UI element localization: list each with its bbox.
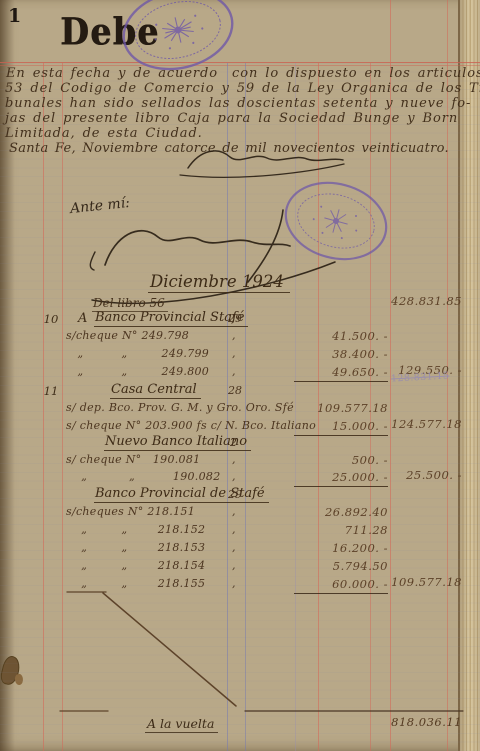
ledger-line-desc: s/ dep. Bco. Prov. G. M. y Gro. Oro. Sfé: [66, 401, 294, 414]
ledger-line-folio: ,: [232, 453, 236, 466]
folio-number: 29: [228, 488, 242, 501]
legalization-line: bunales han sido sellados las doscientas…: [5, 96, 471, 111]
ledger-line-amount: 38.400. -: [294, 347, 388, 361]
account-name: Banco Provincial de Stafé: [94, 486, 269, 503]
opening-balance-amount: 428.831.85: [386, 294, 462, 308]
ledger-line-folio: ,: [232, 559, 236, 572]
legalization-line: jas del presente libro Caja para la Soci…: [5, 111, 458, 126]
ledger-line-desc: „ „ 218.154: [66, 559, 205, 572]
page-number: 1: [8, 5, 21, 27]
folio-number: 28: [228, 384, 242, 397]
ledger-line-folio: ,: [232, 365, 236, 378]
paper-fragment: [14, 673, 24, 685]
legalization-line: 53 del Codigo de Comercio y 59 de la Ley…: [5, 81, 480, 96]
carry-forward-label: A la vuelta: [145, 716, 218, 733]
account-name: Casa Central: [110, 382, 201, 399]
folio-number: 2: [230, 436, 237, 449]
ledger-line-desc: „ „ 249.800: [66, 365, 209, 378]
legalization-line: Limitada, de esta Ciudad.: [5, 126, 203, 141]
ledger-line-desc: „ „ 249.799: [66, 347, 209, 360]
entry-day: 10: [40, 312, 62, 326]
ledger-line-desc: s/cheque N° 249.798: [66, 329, 189, 342]
ledger-line-folio: ,: [232, 470, 236, 483]
ledger-line-amount: 25.000. -: [294, 470, 388, 487]
oval-notarial-stamp-icon: [118, 0, 238, 74]
account-name: Banco Provincial Stafé: [94, 310, 248, 327]
ledger-line-amount: 5.794.50: [294, 559, 388, 573]
ledger-line-desc: s/cheques N° 218.151: [66, 505, 195, 518]
ledger-line-amount: 500. -: [294, 453, 388, 467]
crossed-out-figure: 128.831.15: [391, 370, 450, 384]
ruled-line: [43, 63, 44, 751]
ledger-line-amount: 16.200. -: [294, 541, 388, 555]
account-name: Nuevo Banco Italiano: [104, 434, 251, 451]
ledger-line-desc: „ „ 190.082: [66, 470, 221, 483]
legalization-line: En esta fecha y de acuerdo con lo dispue…: [6, 66, 480, 81]
ledger-line-amount: 26.892.40: [294, 505, 388, 519]
ledger-line-desc: „ „ 218.153: [66, 541, 205, 554]
entry-day: 11: [40, 384, 62, 398]
folio-number: 29: [228, 312, 242, 325]
ledger-line-folio: ,: [232, 523, 236, 536]
entry-total: 124.577.18: [386, 417, 462, 431]
round-notarial-stamp-icon: [280, 178, 392, 264]
ledger-line-amount: 49.650. -: [294, 365, 388, 382]
ledger-line-desc: s/ cheque N° 203.900 fs c/ N. Bco. Itali…: [66, 419, 316, 432]
ledger-line-amount: 41.500. -: [294, 329, 388, 343]
ledger-line-folio: ,: [232, 347, 236, 360]
ledger-line-desc: s/ cheque N° 190.081: [66, 453, 200, 466]
grand-total: 818.036.11: [386, 715, 462, 729]
ledger-line-desc: „ „ 218.152: [66, 523, 205, 536]
entry-total: 25.500. -: [386, 468, 462, 482]
ledger-line-amount: 711.28: [294, 523, 388, 537]
ledger-line-folio: ,: [232, 505, 236, 518]
ledger-line-folio: ,: [232, 329, 236, 342]
header-rule: [0, 62, 480, 63]
entry-prefix: A: [78, 311, 87, 326]
month-heading: Diciembre 1924: [148, 272, 290, 293]
cancellation-lines: [55, 585, 475, 720]
ledger-line-folio: ,: [232, 541, 236, 554]
ledger-page: 1 Debe En esta fecha y de acuerdo con lo…: [0, 0, 480, 751]
ledger-line-amount: 109.577.18: [294, 401, 388, 415]
ledger-line-amount: 15.000. -: [294, 419, 388, 436]
paper-fragment: [0, 654, 22, 686]
